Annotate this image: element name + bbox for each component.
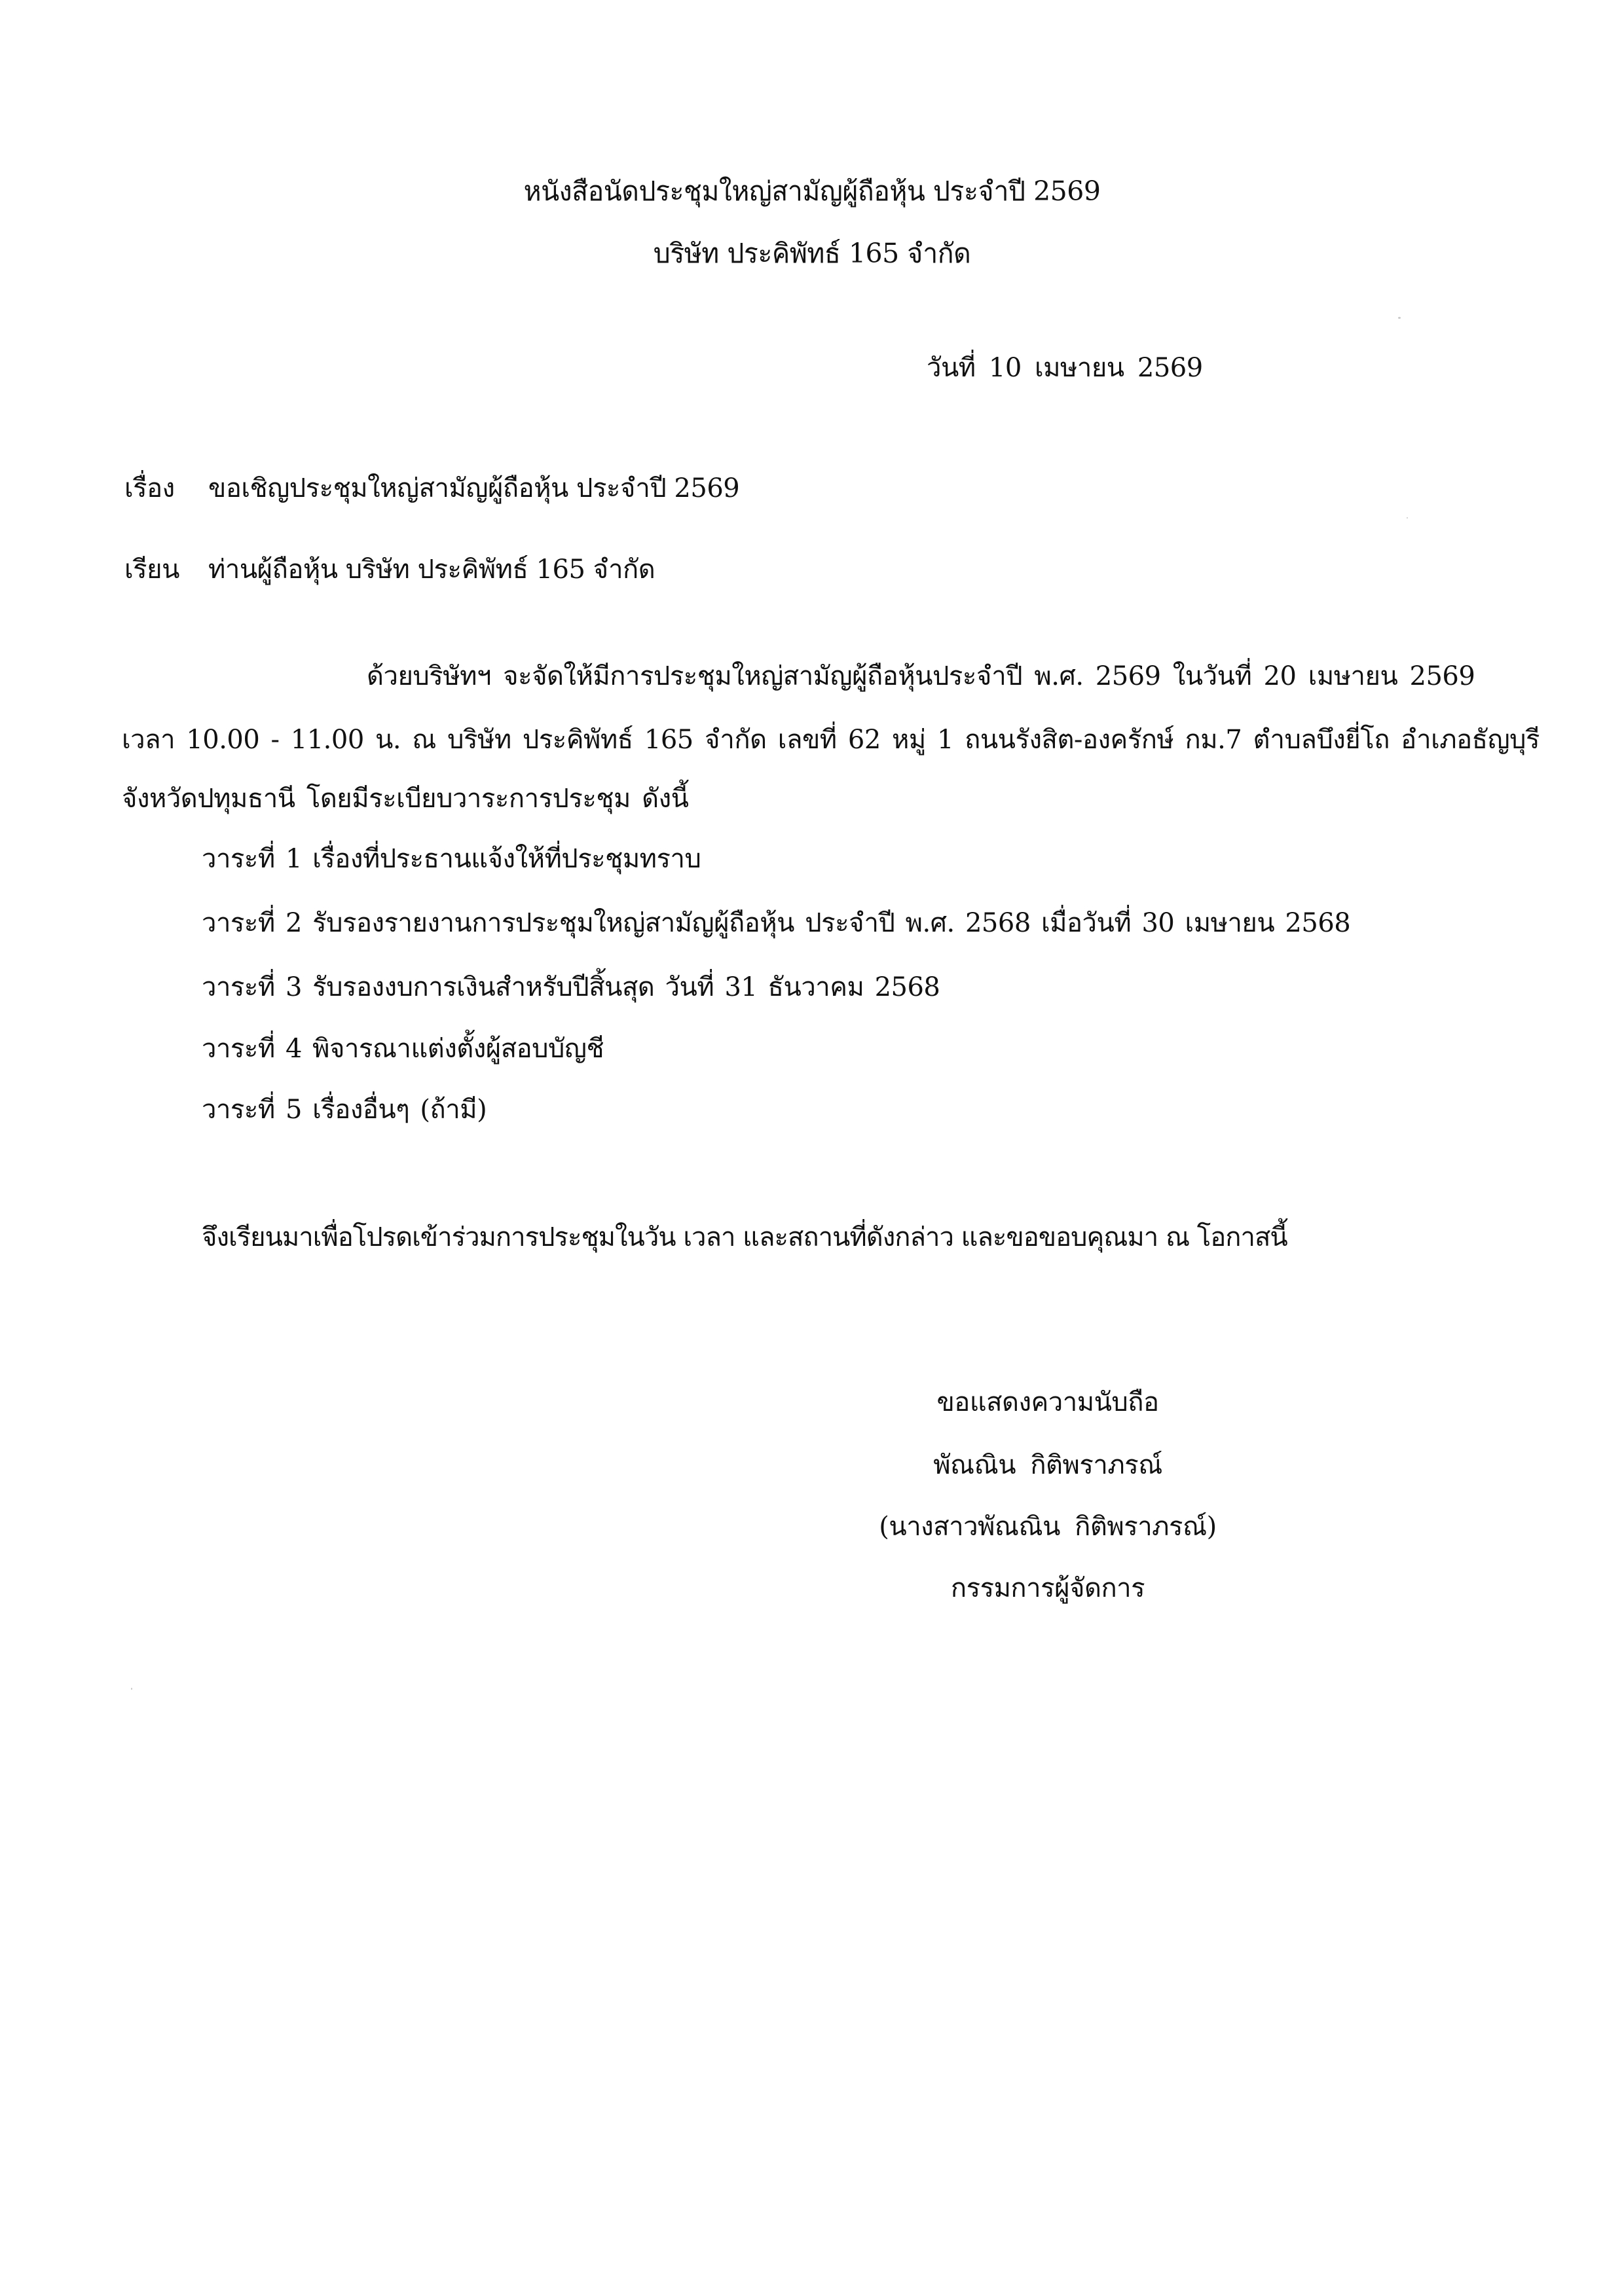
agenda-item: วาระที่ 5 เรื่องอื่นๆ (ถ้ามี) bbox=[202, 1090, 487, 1129]
subject-label: เรื่อง bbox=[124, 469, 175, 508]
body-paragraph-line: เวลา 10.00 - 11.00 น. ณ บริษัท ประคิพัทธ… bbox=[122, 720, 1540, 759]
signature-full-name: (นางสาวพัณณิน กิติพราภรณ์) bbox=[819, 1507, 1277, 1546]
subject-text: ขอเชิญประชุมใหญ่สามัญผู้ถือหุ้น ประจำปี … bbox=[208, 469, 739, 508]
signature-position: กรรมการผู้จัดการ bbox=[819, 1569, 1277, 1608]
signature-name: พัณณิน กิติพราภรณ์ bbox=[819, 1446, 1277, 1485]
agenda-item: วาระที่ 3 รับรองงบการเงินสำหรับปีสิ้นสุด… bbox=[202, 968, 940, 1007]
recipient-text: ท่านผู้ถือหุ้น บริษัท ประคิพัทธ์ 165 จำก… bbox=[208, 550, 655, 589]
body-paragraph-line: ด้วยบริษัทฯ จะจัดให้มีการประชุมใหญ่สามัญ… bbox=[367, 657, 1475, 696]
scan-speck bbox=[1398, 317, 1401, 319]
agenda-item: วาระที่ 2 รับรองรายงานการประชุมใหญ่สามัญ… bbox=[202, 903, 1350, 943]
document-title: หนังสือนัดประชุมใหญ่สามัญผู้ถือหุ้น ประจ… bbox=[0, 172, 1624, 211]
agenda-item: วาระที่ 1 เรื่องที่ประธานแจ้งให้ที่ประชุ… bbox=[202, 839, 701, 879]
agenda-item: วาระที่ 4 พิจารณาแต่งตั้งผู้สอบบัญชี bbox=[202, 1029, 604, 1068]
signature-regards: ขอแสดงความนับถือ bbox=[819, 1383, 1277, 1422]
document-page: หนังสือนัดประชุมใหญ่สามัญผู้ถือหุ้น ประจ… bbox=[0, 0, 1624, 2296]
document-date: วันที่ 10 เมษายน 2569 bbox=[927, 348, 1203, 388]
recipient-label: เรียน bbox=[124, 550, 179, 589]
scan-speck bbox=[131, 1688, 132, 1690]
body-paragraph-line: จังหวัดปทุมธานี โดยมีระเบียบวาระการประชุ… bbox=[122, 779, 688, 818]
company-name: บริษัท ประคิพัทธ์ 165 จำกัด bbox=[0, 234, 1624, 273]
closing-sentence: จึงเรียนมาเพื่อโปรดเข้าร่วมการประชุมในวั… bbox=[202, 1218, 1287, 1257]
scan-speck bbox=[1407, 517, 1408, 519]
